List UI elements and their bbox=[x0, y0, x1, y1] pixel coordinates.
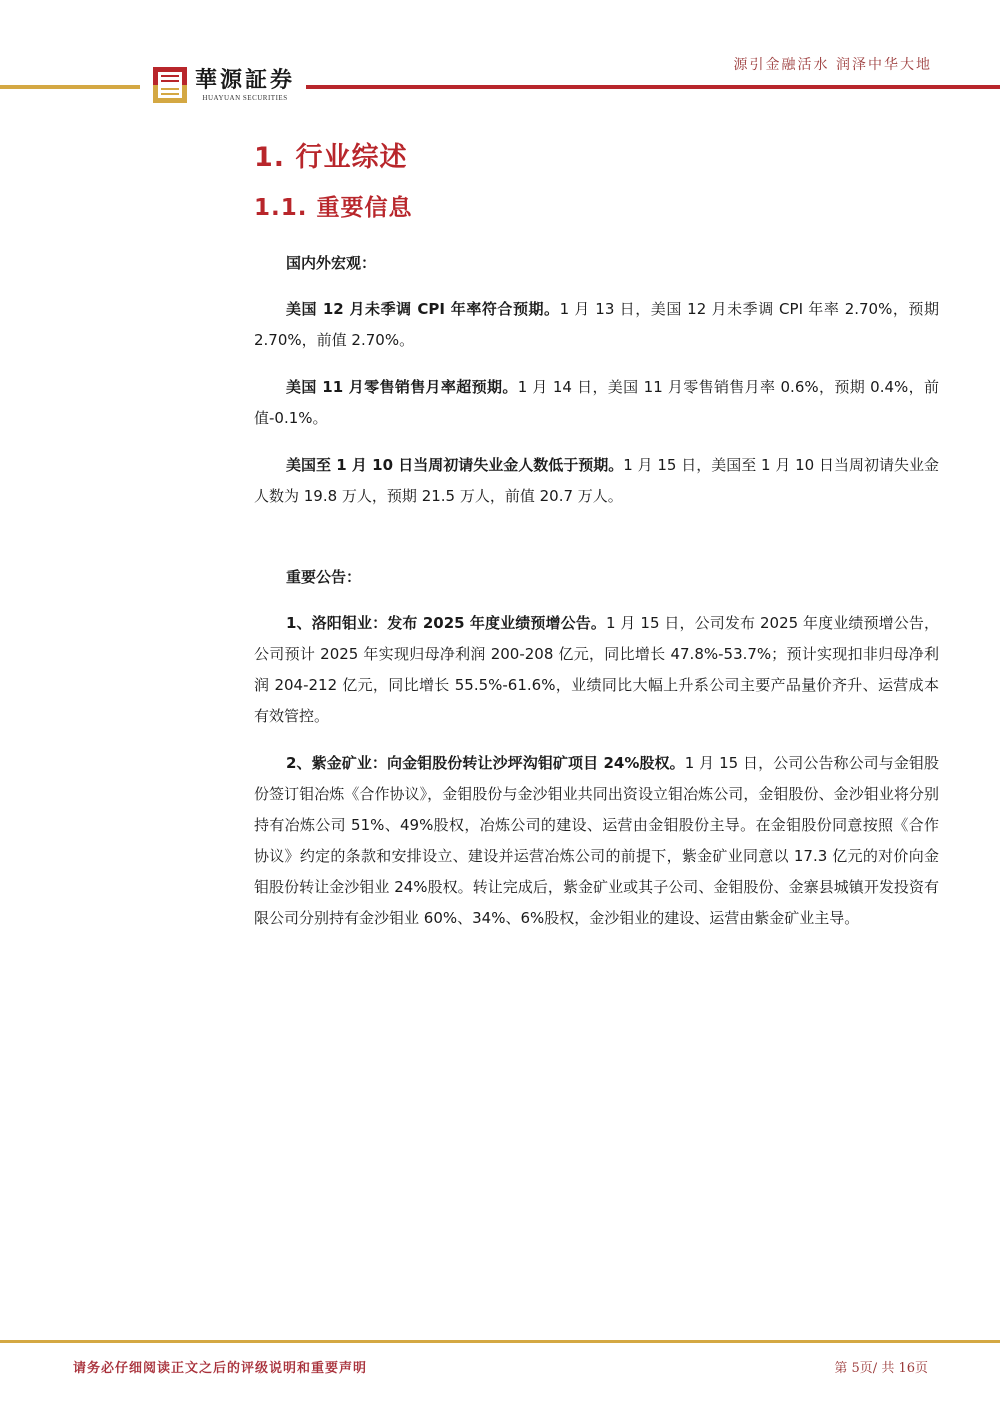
macro-item-jobless: 美国至 1 月 10 日当周初请失业金人数低于预期。1 月 15 日，美国至 1… bbox=[254, 450, 939, 512]
announcement-item-cmoc: 1、洛阳钼业：发布 2025 年度业绩预增公告。1 月 15 日，公司发布 20… bbox=[254, 608, 939, 732]
logo-chinese-name: 華源証券 bbox=[195, 68, 295, 92]
announcement-item-zijin: 2、紫金矿业：向金钼股份转让沙坪沟钼矿项目 24%股权。1 月 15 日，公司公… bbox=[254, 748, 939, 934]
macro-item-lead: 美国 12 月未季调 CPI 年率符合预期。 bbox=[286, 300, 560, 318]
subsection-heading: 1.1. 重要信息 bbox=[254, 190, 939, 226]
announcement-item-body: 1 月 15 日，公司公告称公司与金钼股份签订钼冶炼《合作协议》，金钼股份与金沙… bbox=[254, 754, 939, 927]
macro-item-retail: 美国 11 月零售销售月率超预期。1 月 14 日，美国 11 月零售销售月率 … bbox=[254, 372, 939, 434]
macro-label: 国内外宏观： bbox=[254, 248, 939, 278]
header-slogan: 源引金融活水 润泽中华大地 bbox=[734, 54, 932, 74]
macro-item-lead: 美国 11 月零售销售月率超预期。 bbox=[286, 378, 518, 396]
logo-english-name: HUAYUAN SECURITIES bbox=[202, 94, 287, 102]
announcements-label: 重要公告： bbox=[254, 562, 939, 592]
section-heading: 1. 行业综述 bbox=[254, 138, 939, 178]
page-number: 第 5页/ 共 16页 bbox=[834, 1357, 928, 1376]
document-body: 1. 行业综述 1.1. 重要信息 国内外宏观： 美国 12 月未季调 CPI … bbox=[254, 138, 939, 934]
company-logo: 華源証券 HUAYUAN SECURITIES bbox=[153, 67, 295, 103]
announcement-item-lead: 2、紫金矿业：向金钼股份转让沙坪沟钼矿项目 24%股权。 bbox=[286, 754, 685, 772]
header-divider-red bbox=[306, 85, 1000, 89]
logo-seal-icon bbox=[153, 67, 187, 103]
footer-divider bbox=[0, 1340, 1000, 1343]
macro-item-cpi: 美国 12 月未季调 CPI 年率符合预期。1 月 13 日，美国 12 月未季… bbox=[254, 294, 939, 356]
announcement-item-lead: 1、洛阳钼业：发布 2025 年度业绩预增公告。 bbox=[286, 614, 606, 632]
footer-disclaimer: 请务必仔细阅读正文之后的评级说明和重要声明 bbox=[73, 1357, 367, 1376]
header-divider-gold bbox=[0, 85, 140, 89]
macro-item-lead: 美国至 1 月 10 日当周初请失业金人数低于预期。 bbox=[286, 456, 623, 474]
